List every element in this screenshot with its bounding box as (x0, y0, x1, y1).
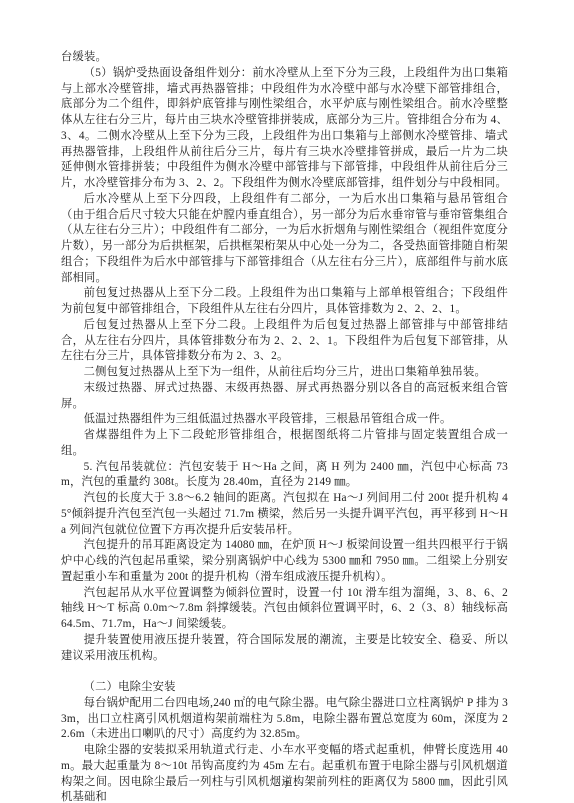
paragraph: （5）锅炉受热面设备组件划分：前水冷壁从上至下分为三段，上段组件为出口集箱与上部… (61, 66, 508, 192)
paragraph: 提升装置使用液压提升装置，符合国际发展的潮流，主要是比较安全、稳妥、所以建议采用… (61, 633, 508, 665)
paragraph: 后水冷壁从上至下分四段，上段组件有二部分，一为后水出口集箱与悬吊管组合（由于组合… (61, 192, 508, 287)
paragraph: 电除尘器的安装拟采用轨道式行走、小车水平变幅的塔式起重机，伸臂长度选用 40m。… (61, 743, 508, 803)
paragraph-spacer (61, 664, 508, 680)
paragraph: 前包复过热器从上至下分二段。上段组件为出口集箱与上部单根管组合；下段组件为前包复… (61, 286, 508, 318)
paragraph: 汽包的长度大于 3.8～6.2 轴间的距离。汽包拟在 Ha～J 列间用二付 20… (61, 491, 508, 538)
paragraph: 5. 汽包吊装就位：汽包安装于 H～Ha 之间，离 H 列为 2400 ㎜，汽包… (61, 460, 508, 492)
paragraph: 每台锅炉配用二台四电场,240 ㎡的电气除尘器。电气除尘器进口立柱离锅炉 P 排… (61, 696, 508, 743)
paragraph: 省煤器组件为上下二段蛇形管排组合，根据图纸将二片管排与固定装置组合成一组。 (61, 428, 508, 460)
paragraph: 汽包提升的吊耳距离设定为 14080 ㎜，在炉顶 H～J 板梁间设置一组共四根平… (61, 538, 508, 585)
paragraph: 台缓装。 (61, 50, 508, 66)
document-page: 台缓装。（5）锅炉受热面设备组件划分：前水冷壁从上至下分为三段，上段组件为出口集… (0, 0, 574, 803)
paragraph: 低温过热器组件为三组低温过热器水平段管排，三根悬吊管组合成一件。 (61, 412, 508, 428)
paragraph: 二侧包复过热器从上至下为一组件，从前往后均分三片，进出口集箱单独吊装。 (61, 365, 508, 381)
document-body: 台缓装。（5）锅炉受热面设备组件划分：前水冷壁从上至下分为三段，上段组件为出口集… (61, 50, 508, 803)
paragraph: 后包复过热器从上至下分二段。上段组件为后包复过热器上部管排与中部管排结合，从左往… (61, 318, 508, 365)
page-number: - 7 - (0, 778, 574, 792)
paragraph: 汽包起吊从水平位置调整为倾斜位置时，设置一付 10t 滑车组为溜绳，3、8、6、… (61, 586, 508, 633)
paragraph: 末级过热器、屏式过热器、末级再热器、屏式再热器分别以各自的高冠板来组合管屏。 (61, 381, 508, 413)
paragraph: （二）电除尘安装 (61, 680, 508, 696)
